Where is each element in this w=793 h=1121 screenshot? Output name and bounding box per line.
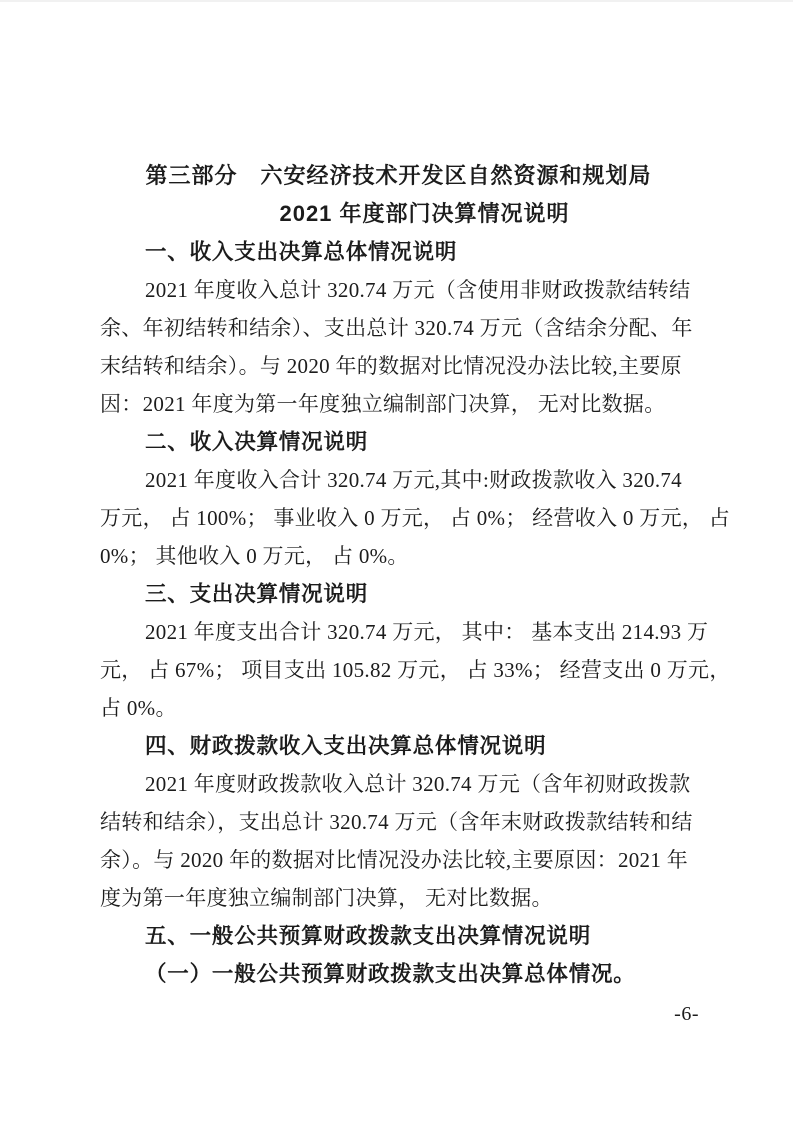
paragraph-line: 结转和结余），支出总计 320.74 万元（含年末财政拨款结转和结: [100, 803, 697, 841]
page-number: -6-: [674, 999, 699, 1029]
document-title: 第三部分 六安经济技术开发区自然资源和规划局: [100, 157, 697, 195]
section-heading-5: 五、一般公共预算财政拨款支出决算情况说明: [100, 917, 697, 955]
section-heading-1: 一、收入支出决算总体情况说明: [100, 233, 697, 271]
paragraph-line: 2021 年度收入总计 320.74 万元（含使用非财政拨款结转结: [100, 271, 697, 309]
paragraph-line: 末结转和结余）。与 2020 年的数据对比情况没办法比较,主要原: [100, 347, 697, 385]
paragraph-line: 2021 年度财政拨款收入总计 320.74 万元（含年初财政拨款: [100, 765, 697, 803]
paragraph-line: 2021 年度支出合计 320.74 万元， 其中： 基本支出 214.93 万: [100, 613, 697, 651]
paragraph-line: 元， 占 67%； 项目支出 105.82 万元， 占 33%； 经营支出 0 …: [100, 651, 697, 689]
subsection-heading: （一）一般公共预算财政拨款支出决算总体情况。: [100, 955, 697, 993]
section-heading-2: 二、收入决算情况说明: [100, 423, 697, 461]
document-content: 第三部分 六安经济技术开发区自然资源和规划局 2021 年度部门决算情况说明 一…: [100, 157, 697, 993]
paragraph-line: 万元， 占 100%； 事业收入 0 万元， 占 0%； 经营收入 0 万元， …: [100, 499, 697, 537]
paragraph-line: 0%； 其他收入 0 万元， 占 0%。: [100, 537, 697, 575]
paragraph-line: 余）。与 2020 年的数据对比情况没办法比较,主要原因：2021 年: [100, 841, 697, 879]
section-heading-4: 四、财政拨款收入支出决算总体情况说明: [100, 727, 697, 765]
paragraph-line: 2021 年度收入合计 320.74 万元,其中:财政拨款收入 320.74: [100, 461, 697, 499]
document-page: 第三部分 六安经济技术开发区自然资源和规划局 2021 年度部门决算情况说明 一…: [0, 0, 793, 1121]
document-subtitle: 2021 年度部门决算情况说明: [126, 195, 723, 233]
paragraph-line: 度为第一年度独立编制部门决算， 无对比数据。: [100, 879, 697, 917]
paragraph-line: 占 0%。: [100, 689, 697, 727]
section-heading-3: 三、支出决算情况说明: [100, 575, 697, 613]
paragraph-line: 因：2021 年度为第一年度独立编制部门决算， 无对比数据。: [100, 385, 697, 423]
paragraph-line: 余、年初结转和结余）、支出总计 320.74 万元（含结余分配、年: [100, 309, 697, 347]
